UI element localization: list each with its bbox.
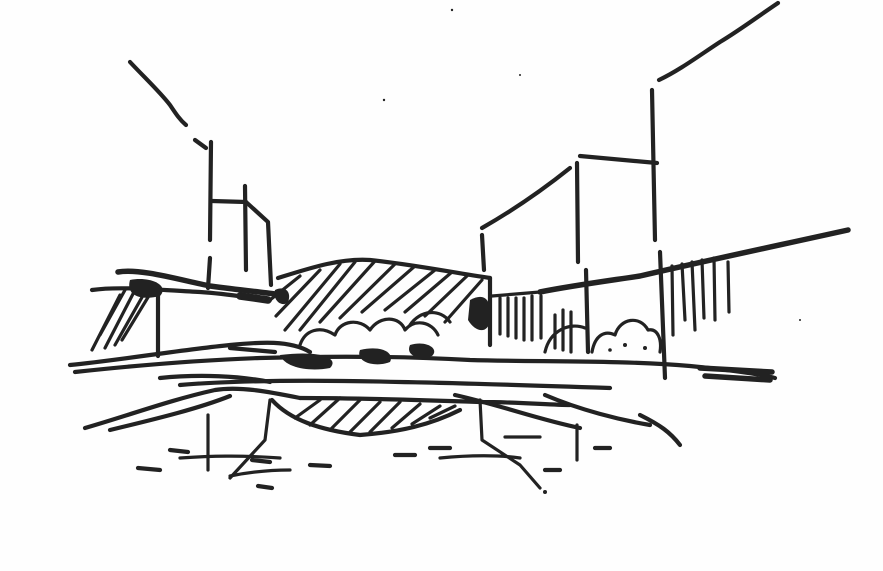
right-low-wing	[492, 230, 848, 352]
architectural-sketch: Architectural perspective sketch	[0, 0, 883, 571]
water-reflection	[85, 381, 680, 494]
right-tall-building	[652, 3, 778, 378]
left-tower-block	[130, 62, 271, 288]
stray-marks	[383, 9, 801, 321]
sketch-drawing	[0, 0, 883, 571]
central-mound-roof	[270, 260, 490, 345]
